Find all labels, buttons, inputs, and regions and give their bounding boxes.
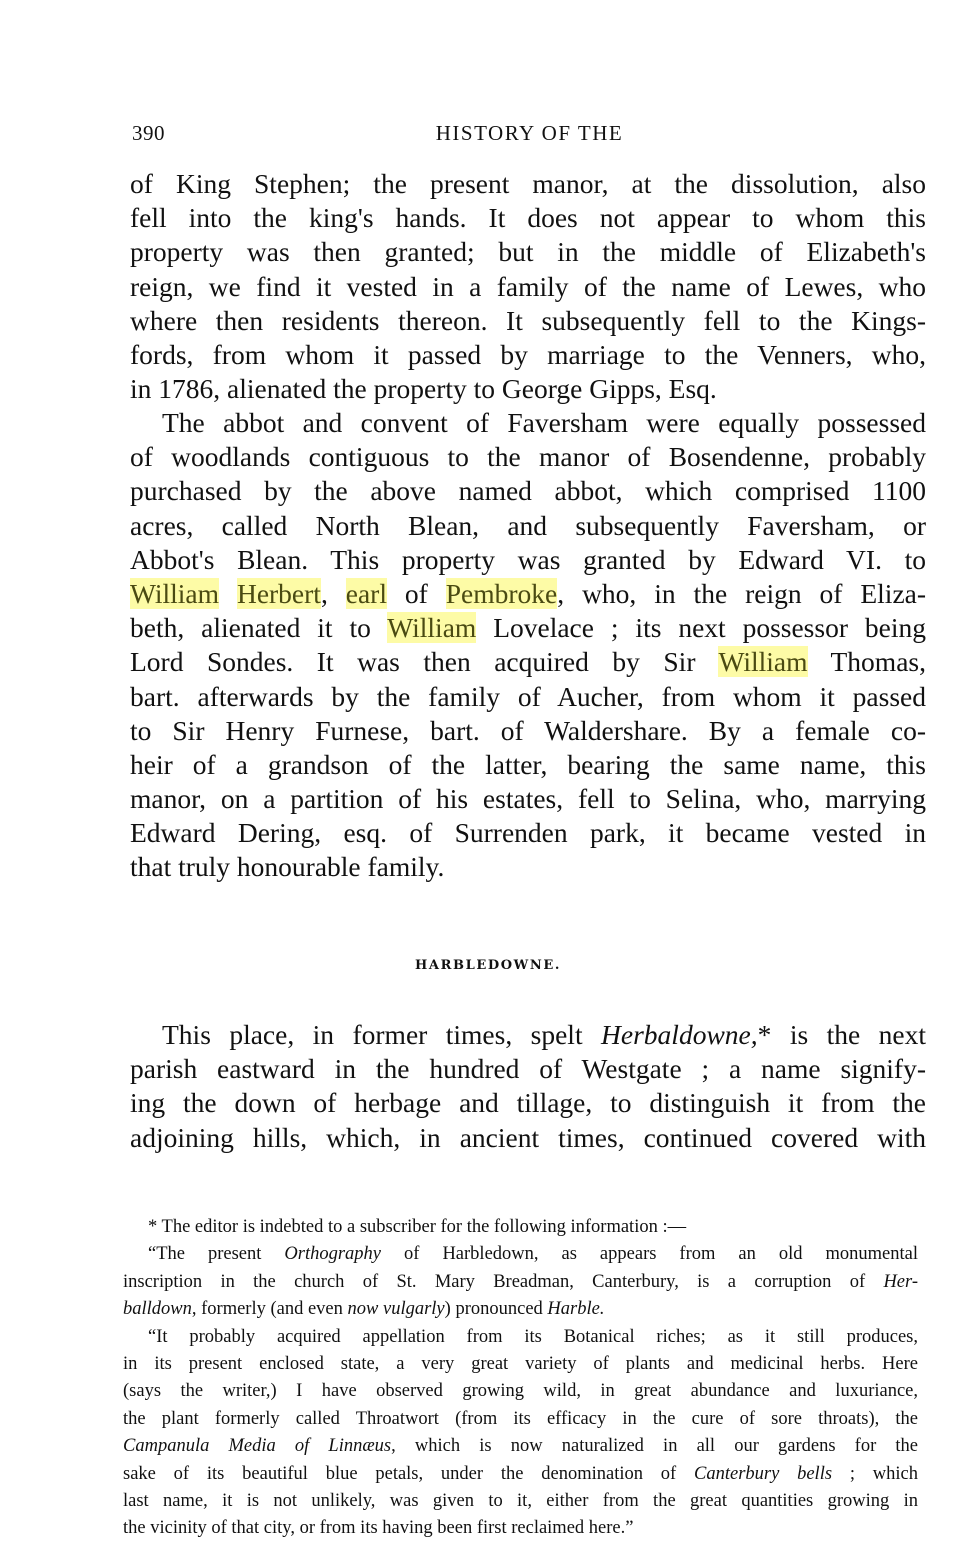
text-line: adjoining hills, which, in ancient times… (130, 1121, 926, 1155)
footnote-line: Campanula Media of Linnæus, which is now… (123, 1433, 918, 1460)
text-line: of woodlands contiguous to the manor of … (130, 440, 926, 474)
paragraph-continuation: of King Stephen; the present manor, at t… (130, 167, 926, 406)
text-line: property was then granted; but in the mi… (130, 235, 926, 269)
italic-term: Herbaldowne, (601, 1019, 758, 1050)
running-head: 390 HISTORY OF THE (132, 121, 927, 151)
running-title: HISTORY OF THE (132, 121, 927, 146)
paragraph-faversham-woodlands: The abbot and convent of Faversham were … (130, 406, 926, 885)
text-line: where then residents thereon. It subsequ… (130, 304, 926, 338)
footnote-line: “The present Orthography of Harbledown, … (123, 1241, 918, 1268)
text-line-highlighted: William Herbert, earl of Pembroke, who, … (130, 577, 926, 611)
footnote-line: * The editor is indebted to a subscriber… (123, 1214, 918, 1241)
text-line: manor, on a partition of his estates, fe… (130, 782, 926, 816)
footnote-line: balldown, formerly (and even now vulgarl… (123, 1296, 918, 1323)
footnote-line: the vicinity of that city, or from its h… (123, 1515, 918, 1542)
footnote-line: in its present enclosed state, a very gr… (123, 1351, 918, 1378)
text-line: parish eastward in the hundred of Westga… (130, 1052, 926, 1086)
text-line: heir of a grandson of the latter, bearin… (130, 748, 926, 782)
text-line: fords, from whom it passed by marriage t… (130, 338, 926, 372)
text-line-highlighted: beth, alienated it to William Lovelace ;… (130, 611, 926, 645)
footnote-marker[interactable]: * (758, 1019, 772, 1050)
book-page: 390 HISTORY OF THE of King Stephen; the … (0, 0, 976, 1546)
footnote-line: the plant formerly called Throatwort (fr… (123, 1406, 918, 1433)
text-line: of King Stephen; the present manor, at t… (130, 167, 926, 201)
text-line: acres, called North Blean, and subsequen… (130, 509, 926, 543)
footnote-line: (says the writer,) I have observed growi… (123, 1378, 918, 1405)
search-highlight: Pembroke (446, 578, 558, 609)
text-line: fell into the king's hands. It does not … (130, 201, 926, 235)
footnotes: * The editor is indebted to a subscriber… (123, 1214, 918, 1543)
text-line: Abbot's Blean. This property was granted… (130, 543, 926, 577)
section-heading: HARBLEDOWNE. (0, 958, 976, 973)
footnote-line: inscription in the church of St. Mary Br… (123, 1269, 918, 1296)
search-highlight: William (387, 612, 476, 643)
footnote-line: last name, it is not unlikely, was given… (123, 1488, 918, 1515)
text-line: This place, in former times, spelt Herba… (130, 1018, 926, 1052)
footnote-line: “It probably acquired appellation from i… (123, 1324, 918, 1351)
text-line-highlighted: Lord Sondes. It was then acquired by Sir… (130, 645, 926, 679)
text-line: bart. afterwards by the family of Aucher… (130, 680, 926, 714)
text-line: ing the down of herbage and tillage, to … (130, 1086, 926, 1120)
text-line: The abbot and convent of Faversham were … (130, 406, 926, 440)
text-line: purchased by the above named abbot, whic… (130, 474, 926, 508)
search-highlight: William (718, 646, 807, 677)
search-highlight: Herbert (237, 578, 321, 609)
text-line: to Sir Henry Furnese, bart. of Waldersha… (130, 714, 926, 748)
search-highlight: William (130, 578, 219, 609)
paragraph-harbledowne: This place, in former times, spelt Herba… (130, 1018, 926, 1155)
text-line: reign, we find it vested in a family of … (130, 270, 926, 304)
text-line: in 1786, alienated the property to Georg… (130, 372, 926, 406)
text-line: Edward Dering, esq. of Surrenden park, i… (130, 816, 926, 850)
search-highlight: earl (346, 578, 387, 609)
text-line: that truly honourable family. (130, 850, 926, 884)
footnote-line: sake of its beautiful blue petals, under… (123, 1461, 918, 1488)
